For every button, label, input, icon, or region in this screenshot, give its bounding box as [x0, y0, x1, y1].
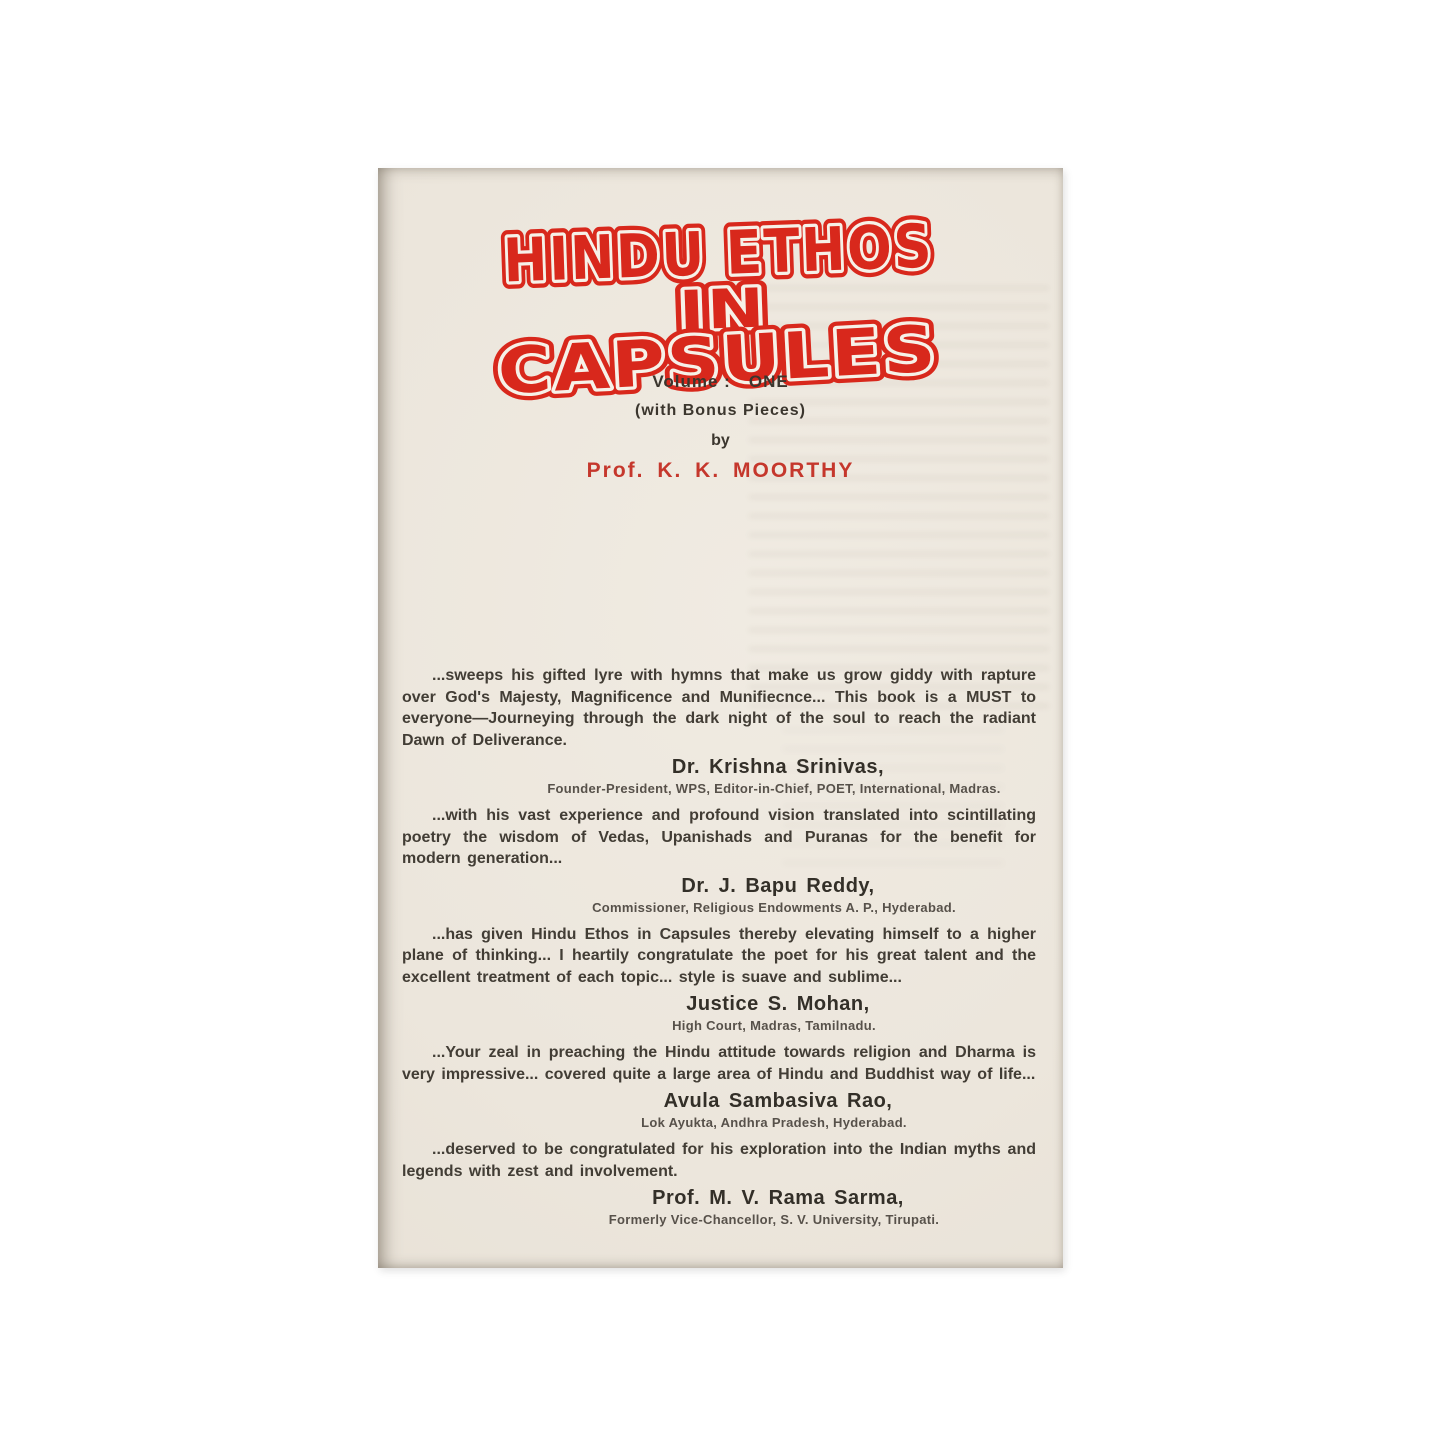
testimonials-section: ...sweeps his gifted lyre with hymns tha… — [402, 665, 1036, 1236]
testimonial-title: Commissioner, Religious Endowments A. P.… — [402, 900, 1036, 915]
testimonial-name: Dr. J. Bapu Reddy, — [402, 875, 1036, 898]
scan-canvas: HINDU ETHOS HINDU ETHOS HINDU ETHOS IN I… — [0, 0, 1440, 1440]
volume-label: Volume : — [652, 372, 731, 391]
testimonial-quote: ...has given Hindu Ethos in Capsules the… — [402, 924, 1036, 989]
testimonial-quote: ...Your zeal in preaching the Hindu atti… — [402, 1042, 1036, 1085]
testimonial-title: High Court, Madras, Tamilnadu. — [402, 1018, 1036, 1033]
book-cover-page: HINDU ETHOS HINDU ETHOS HINDU ETHOS IN I… — [378, 168, 1063, 1268]
testimonial-quote: ...deserved to be congratulated for his … — [402, 1139, 1036, 1182]
volume-value: ONE — [749, 372, 789, 391]
testimonial-quote: ...sweeps his gifted lyre with hymns tha… — [402, 665, 1036, 751]
author-name: Prof. K. K. MOORTHY — [378, 459, 1063, 483]
volume-line: Volume :ONE — [378, 372, 1063, 392]
byline: by — [378, 432, 1063, 450]
testimonial-title: Founder-President, WPS, Editor-in-Chief,… — [402, 781, 1036, 796]
testimonial-title: Lok Ayukta, Andhra Pradesh, Hyderabad. — [402, 1115, 1036, 1130]
book-title-art: HINDU ETHOS HINDU ETHOS HINDU ETHOS IN I… — [378, 186, 1063, 401]
testimonial-name: Dr. Krishna Srinivas, — [402, 756, 1036, 779]
bonus-note: (with Bonus Pieces) — [378, 402, 1063, 420]
testimonial-name: Avula Sambasiva Rao, — [402, 1090, 1036, 1113]
testimonial-name: Justice S. Mohan, — [402, 993, 1036, 1016]
testimonial-block: ...deserved to be congratulated for his … — [402, 1139, 1036, 1227]
testimonial-title: Formerly Vice-Chancellor, S. V. Universi… — [402, 1212, 1036, 1227]
testimonial-block: ...sweeps his gifted lyre with hymns tha… — [402, 665, 1036, 796]
testimonial-quote: ...with his vast experience and profound… — [402, 805, 1036, 870]
testimonial-block: ...Your zeal in preaching the Hindu atti… — [402, 1042, 1036, 1130]
testimonial-block: ...has given Hindu Ethos in Capsules the… — [402, 924, 1036, 1034]
testimonial-block: ...with his vast experience and profound… — [402, 805, 1036, 915]
testimonial-name: Prof. M. V. Rama Sarma, — [402, 1187, 1036, 1210]
